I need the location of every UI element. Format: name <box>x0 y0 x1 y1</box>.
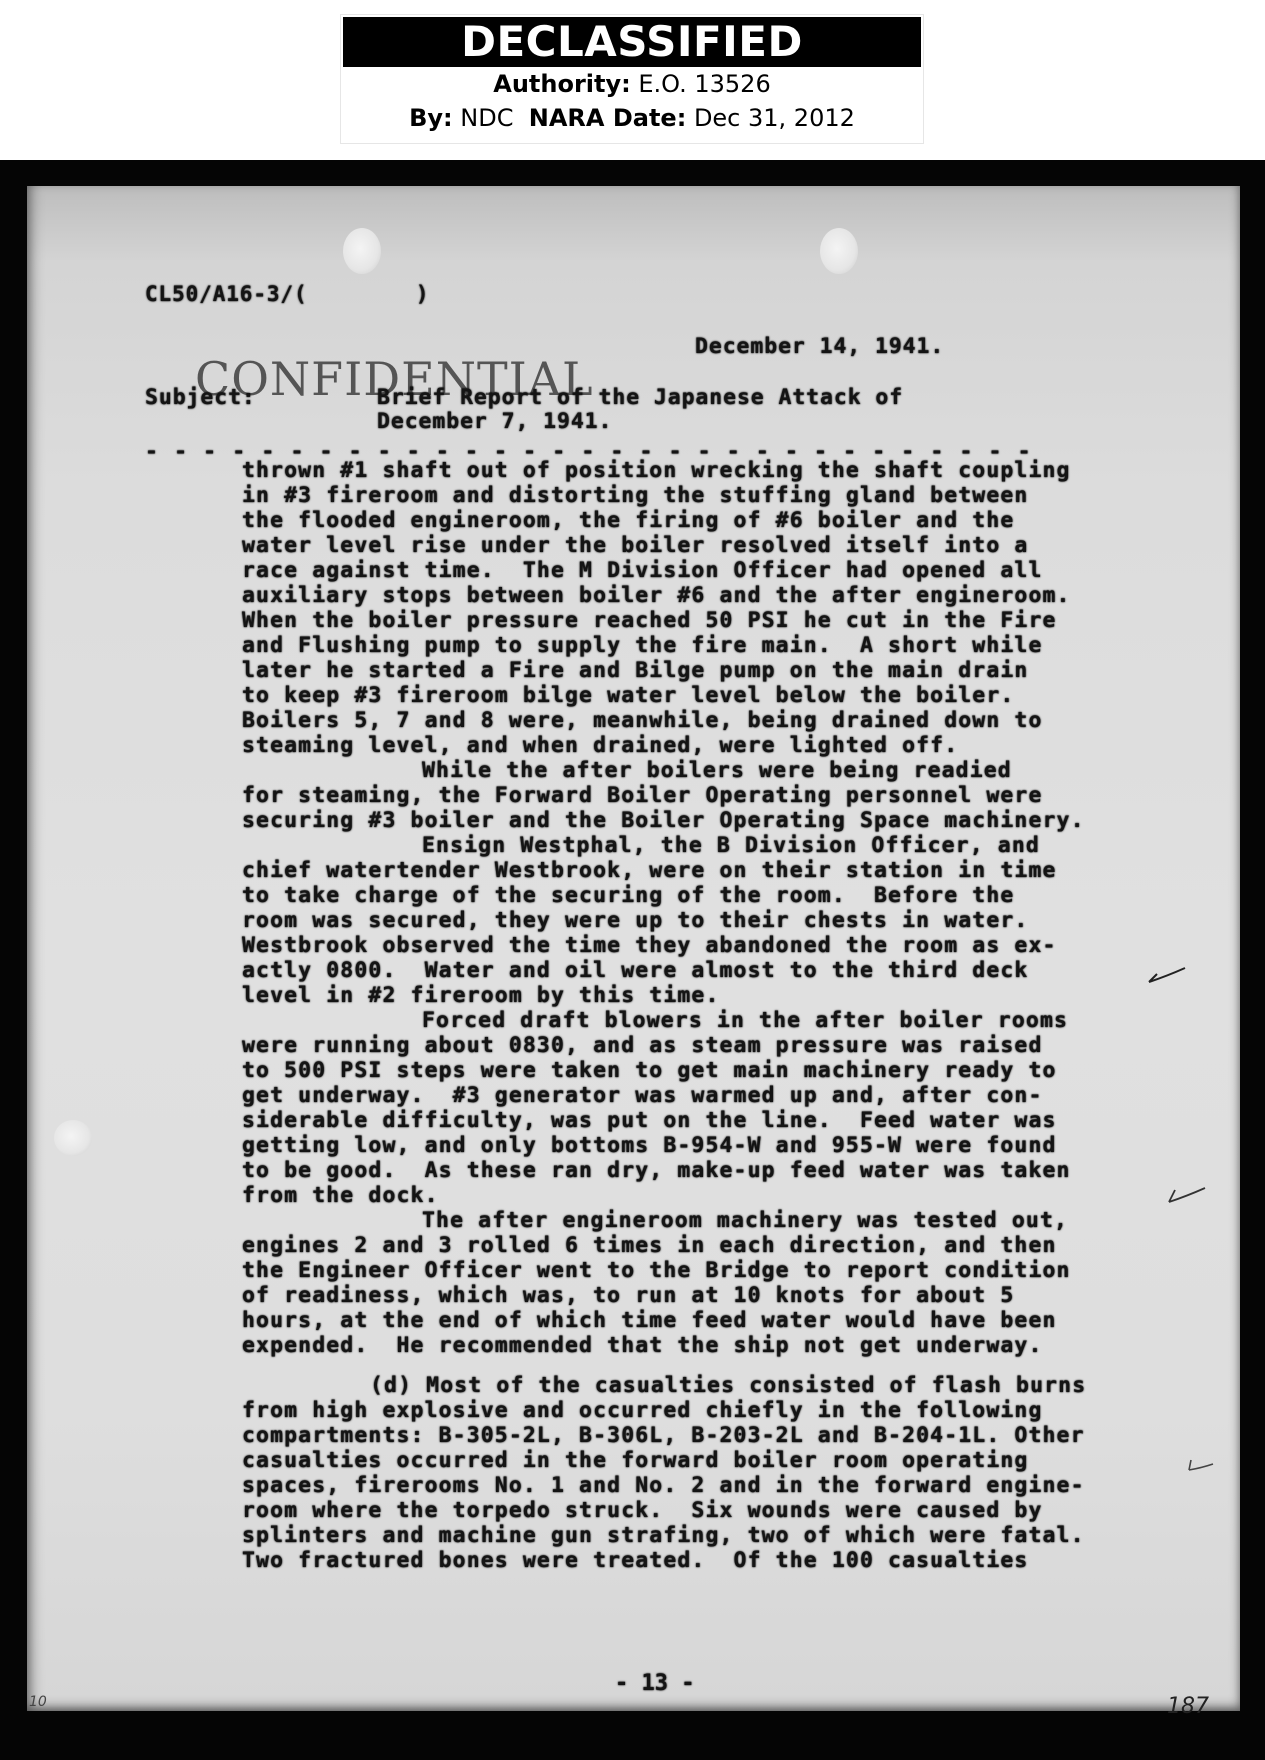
body-line: Forced draft blowers in the after boiler… <box>242 1008 1086 1033</box>
body-line: While the after boilers were being readi… <box>242 758 1086 783</box>
body-line: thrown #1 shaft out of position wrecking… <box>242 458 1086 483</box>
paragraph-d-line: Two fractured bones were treated. Of the… <box>242 1548 1086 1573</box>
body-line: chief watertender Westbrook, were on the… <box>242 858 1086 883</box>
body-text: thrown #1 shaft out of position wrecking… <box>242 458 1086 1573</box>
punch-hole-left <box>54 1120 92 1156</box>
body-line: and Flushing pump to supply the fire mai… <box>242 633 1086 658</box>
body-line: the Engineer Officer went to the Bridge … <box>242 1258 1086 1283</box>
declassified-stamp: DECLASSIFIED Authority: E.O. 13526 By: N… <box>340 14 924 144</box>
body-line: expended. He recommended that the ship n… <box>242 1333 1086 1358</box>
body-line: When the boiler pressure reached 50 PSI … <box>242 608 1086 633</box>
body-line: Ensign Westphal, the B Division Officer,… <box>242 833 1086 858</box>
body-line: race against time. The M Division Office… <box>242 558 1086 583</box>
body-line: water level rise under the boiler resolv… <box>242 533 1086 558</box>
body-line: Boilers 5, 7 and 8 were, meanwhile, bein… <box>242 708 1086 733</box>
body-line: in #3 fireroom and distorting the stuffi… <box>242 483 1086 508</box>
body-line: the flooded engineroom, the firing of #6… <box>242 508 1086 533</box>
authority-label: Authority: <box>493 70 630 98</box>
body-line: siderable difficulty, was put on the lin… <box>242 1108 1086 1133</box>
body-line: to take charge of the securing of the ro… <box>242 883 1086 908</box>
paragraph-d-line: (d) Most of the casualties consisted of … <box>242 1373 1086 1398</box>
stamp-title: DECLASSIFIED <box>343 17 921 67</box>
paragraph-d-line: from high explosive and occurred chiefly… <box>242 1398 1086 1423</box>
body-line: actly 0800. Water and oil were almost to… <box>242 958 1086 983</box>
subject-line-2: December 7, 1941. <box>377 409 612 434</box>
body-line: level in #2 fireroom by this time. <box>242 983 1086 1008</box>
body-line: later he started a Fire and Bilge pump o… <box>242 658 1086 683</box>
page-number: - 13 - <box>615 1671 694 1696</box>
nara-date-value: Dec 31, 2012 <box>694 104 855 132</box>
body-line: from the dock. <box>242 1183 1086 1208</box>
stamp-by-date: By: NDC NARA Date: Dec 31, 2012 <box>341 101 923 135</box>
paragraph-d-line: spaces, firerooms No. 1 and No. 2 and in… <box>242 1473 1086 1498</box>
authority-value: E.O. 13526 <box>638 70 770 98</box>
body-line: steaming level, and when drained, were l… <box>242 733 1086 758</box>
file-reference: CL50/A16-3/( ) <box>145 282 429 306</box>
left-margin-mark: 10 <box>29 1694 47 1710</box>
paragraph-d-line: compartments: B-305-2L, B-306L, B-203-2L… <box>242 1423 1086 1448</box>
body-line: of readiness, which was, to run at 10 kn… <box>242 1283 1086 1308</box>
checkmark-icon <box>1147 966 1183 984</box>
document-date: December 14, 1941. <box>695 334 944 359</box>
subject-line-1: Brief Report of the Japanese Attack of <box>377 385 903 410</box>
body-line: for steaming, the Forward Boiler Operati… <box>242 783 1086 808</box>
subject-label: Subject: <box>145 385 256 410</box>
body-line: room was secured, they were up to their … <box>242 908 1086 933</box>
body-line: Westbrook observed the time they abandon… <box>242 933 1086 958</box>
body-line: get underway. #3 generator was warmed up… <box>242 1083 1086 1108</box>
checkmark-icon <box>1187 1458 1223 1476</box>
document-page: CL50/A16-3/( ) CONFIDENTIAL December 14,… <box>27 186 1240 1711</box>
body-line: getting low, and only bottoms B-954-W an… <box>242 1133 1086 1158</box>
punch-hole-top-left <box>343 228 381 274</box>
body-line: to 500 PSI steps were taken to get main … <box>242 1058 1086 1083</box>
paragraph-d-line: casualties occurred in the forward boile… <box>242 1448 1086 1473</box>
body-line: to keep #3 fireroom bilge water level be… <box>242 683 1086 708</box>
paragraph-d-line: room where the torpedo struck. Six wound… <box>242 1498 1086 1523</box>
body-line: hours, at the end of which time feed wat… <box>242 1308 1086 1333</box>
stamp-authority: Authority: E.O. 13526 <box>341 67 923 101</box>
punch-hole-top-right <box>820 228 858 274</box>
by-label: By: <box>409 104 453 132</box>
by-value: NDC <box>460 104 513 132</box>
body-line: engines 2 and 3 rolled 6 times in each d… <box>242 1233 1086 1258</box>
body-line: The after engineroom machinery was teste… <box>242 1208 1086 1233</box>
body-line: auxiliary stops between boiler #6 and th… <box>242 583 1086 608</box>
paragraph-d-line: splinters and machine gun strafing, two … <box>242 1523 1086 1548</box>
nara-date-label: NARA Date: <box>529 104 687 132</box>
checkmark-icon <box>1167 1186 1203 1204</box>
body-line: were running about 0830, and as steam pr… <box>242 1033 1086 1058</box>
body-line: securing #3 boiler and the Boiler Operat… <box>242 808 1086 833</box>
archive-stamp-number: 187 <box>1167 1694 1209 1719</box>
scanned-page-frame: CL50/A16-3/( ) CONFIDENTIAL December 14,… <box>0 160 1265 1760</box>
body-line: to be good. As these ran dry, make-up fe… <box>242 1158 1086 1183</box>
